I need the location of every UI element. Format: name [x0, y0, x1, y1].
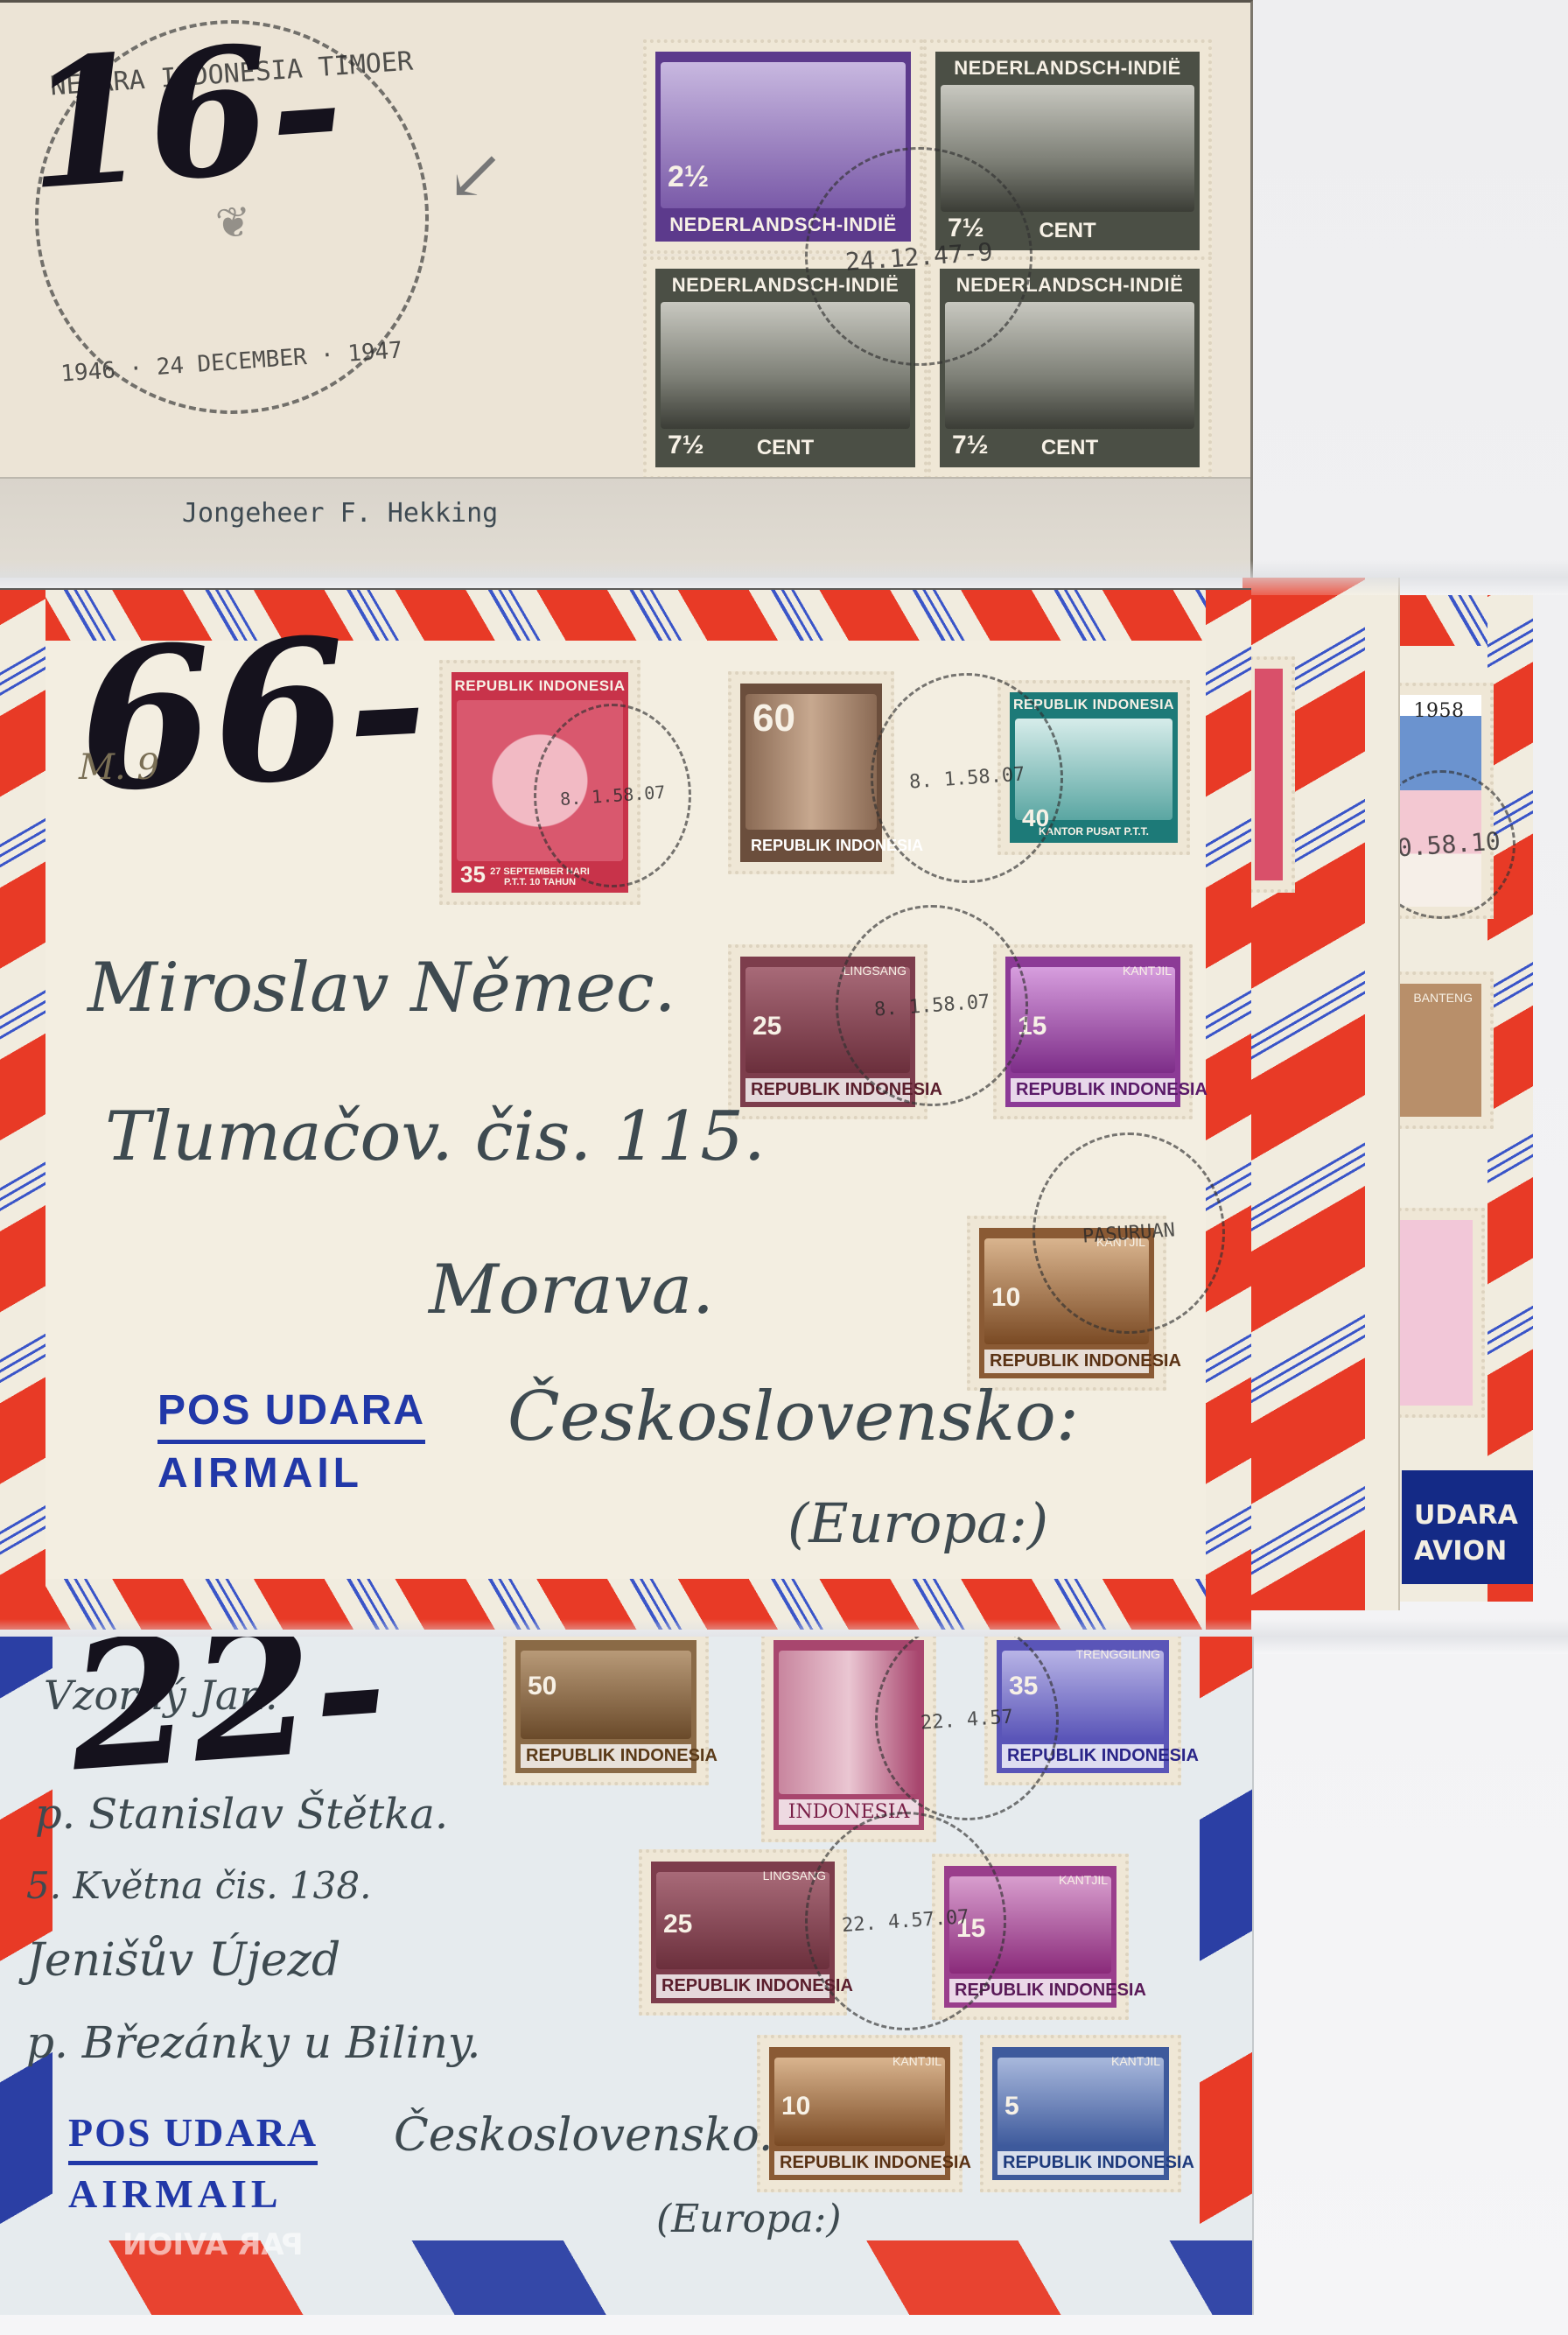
cover2-envelope: 66- M. 9 REPUBLIK INDONESIA 27 SEPTEMBER… [0, 588, 1251, 1630]
price-mark: 22- [64, 1637, 393, 1805]
airmail-border [0, 590, 45, 1630]
cover3-envelope: 1958 BANTENG 10.58.10 UDARA AVION [1382, 595, 1533, 1602]
postmark: 8. 1.58.07 [534, 704, 691, 887]
airmail-label: POS UDARA AIRMAIL [68, 2109, 318, 2217]
address-line: p. Stanislav Štětka. [35, 1790, 448, 1839]
airmail-label: POS UDARA AIRMAIL [157, 1386, 425, 1497]
address-line: Československo: [507, 1378, 1079, 1456]
airmail-border [1206, 590, 1251, 1630]
address-line: Miroslav Němec. [87, 949, 675, 1027]
cover4-envelope: Vzorný Jan. 22- REPUBLIK INDONESIA 50 IN… [0, 1637, 1254, 2315]
pencil-note: M. 9 [79, 747, 159, 788]
address-line: p. Březánky u Biliny. [26, 2017, 480, 2068]
postmark: 8. 1.58.07 [871, 673, 1063, 883]
address-line: Jenišův Újezd [26, 1934, 340, 1987]
stamp-60sen: REPUBLIK INDONESIA 60 [728, 671, 894, 874]
address-line: (Europa:) [787, 1491, 1048, 1555]
postmark: 8. 1.58.07 [836, 905, 1028, 1106]
address-line: 5. Května čis. 138. [26, 1864, 371, 1907]
postmark: 24.12.47-9 [805, 147, 1032, 366]
airmail-border [1487, 595, 1533, 1602]
scan-page: 1958 BANTENG 10.58.10 UDARA AVION NEGARA… [0, 0, 1568, 2335]
address-line: Československo. [394, 2109, 773, 2162]
address-line: (Europa:) [656, 2197, 842, 2241]
cover1-envelope: NEGARA INDONESIA TIMOER ❦ 1946 · 24 DECE… [0, 0, 1253, 578]
address-line: Tlumačov. čis. 115. [105, 1097, 766, 1176]
stamp-50sen: REPUBLIK INDONESIA 50 [503, 1637, 709, 1785]
stamp-banteng: BANTENG [1384, 971, 1494, 1129]
airmail-border [1200, 1637, 1252, 2315]
address-line: Morava. [429, 1251, 714, 1329]
postmark: PASURUAN [1032, 1132, 1225, 1334]
postmark: 22. 4.57.07 [805, 1812, 1006, 2030]
stamp-5sen-kantjil: KANTJIL REPUBLIK INDONESIA 5 [980, 2035, 1181, 2192]
airmail-label-blue: UDARA AVION [1402, 1470, 1533, 1584]
price-mark: 16- [20, 18, 347, 215]
show-through-text: PAR AVION [122, 2227, 303, 2262]
price-mark: 66- [73, 599, 432, 828]
pencil-arrow-icon: ↙ [446, 134, 505, 215]
typed-addressee: Jongeheer F. Hekking [182, 498, 498, 529]
cover3-inner-envelope [1242, 578, 1400, 1610]
stamp-10sen-kantjil: KANTJIL REPUBLIK INDONESIA 10 [757, 2035, 962, 2192]
stamp-scene [997, 2058, 1164, 2146]
